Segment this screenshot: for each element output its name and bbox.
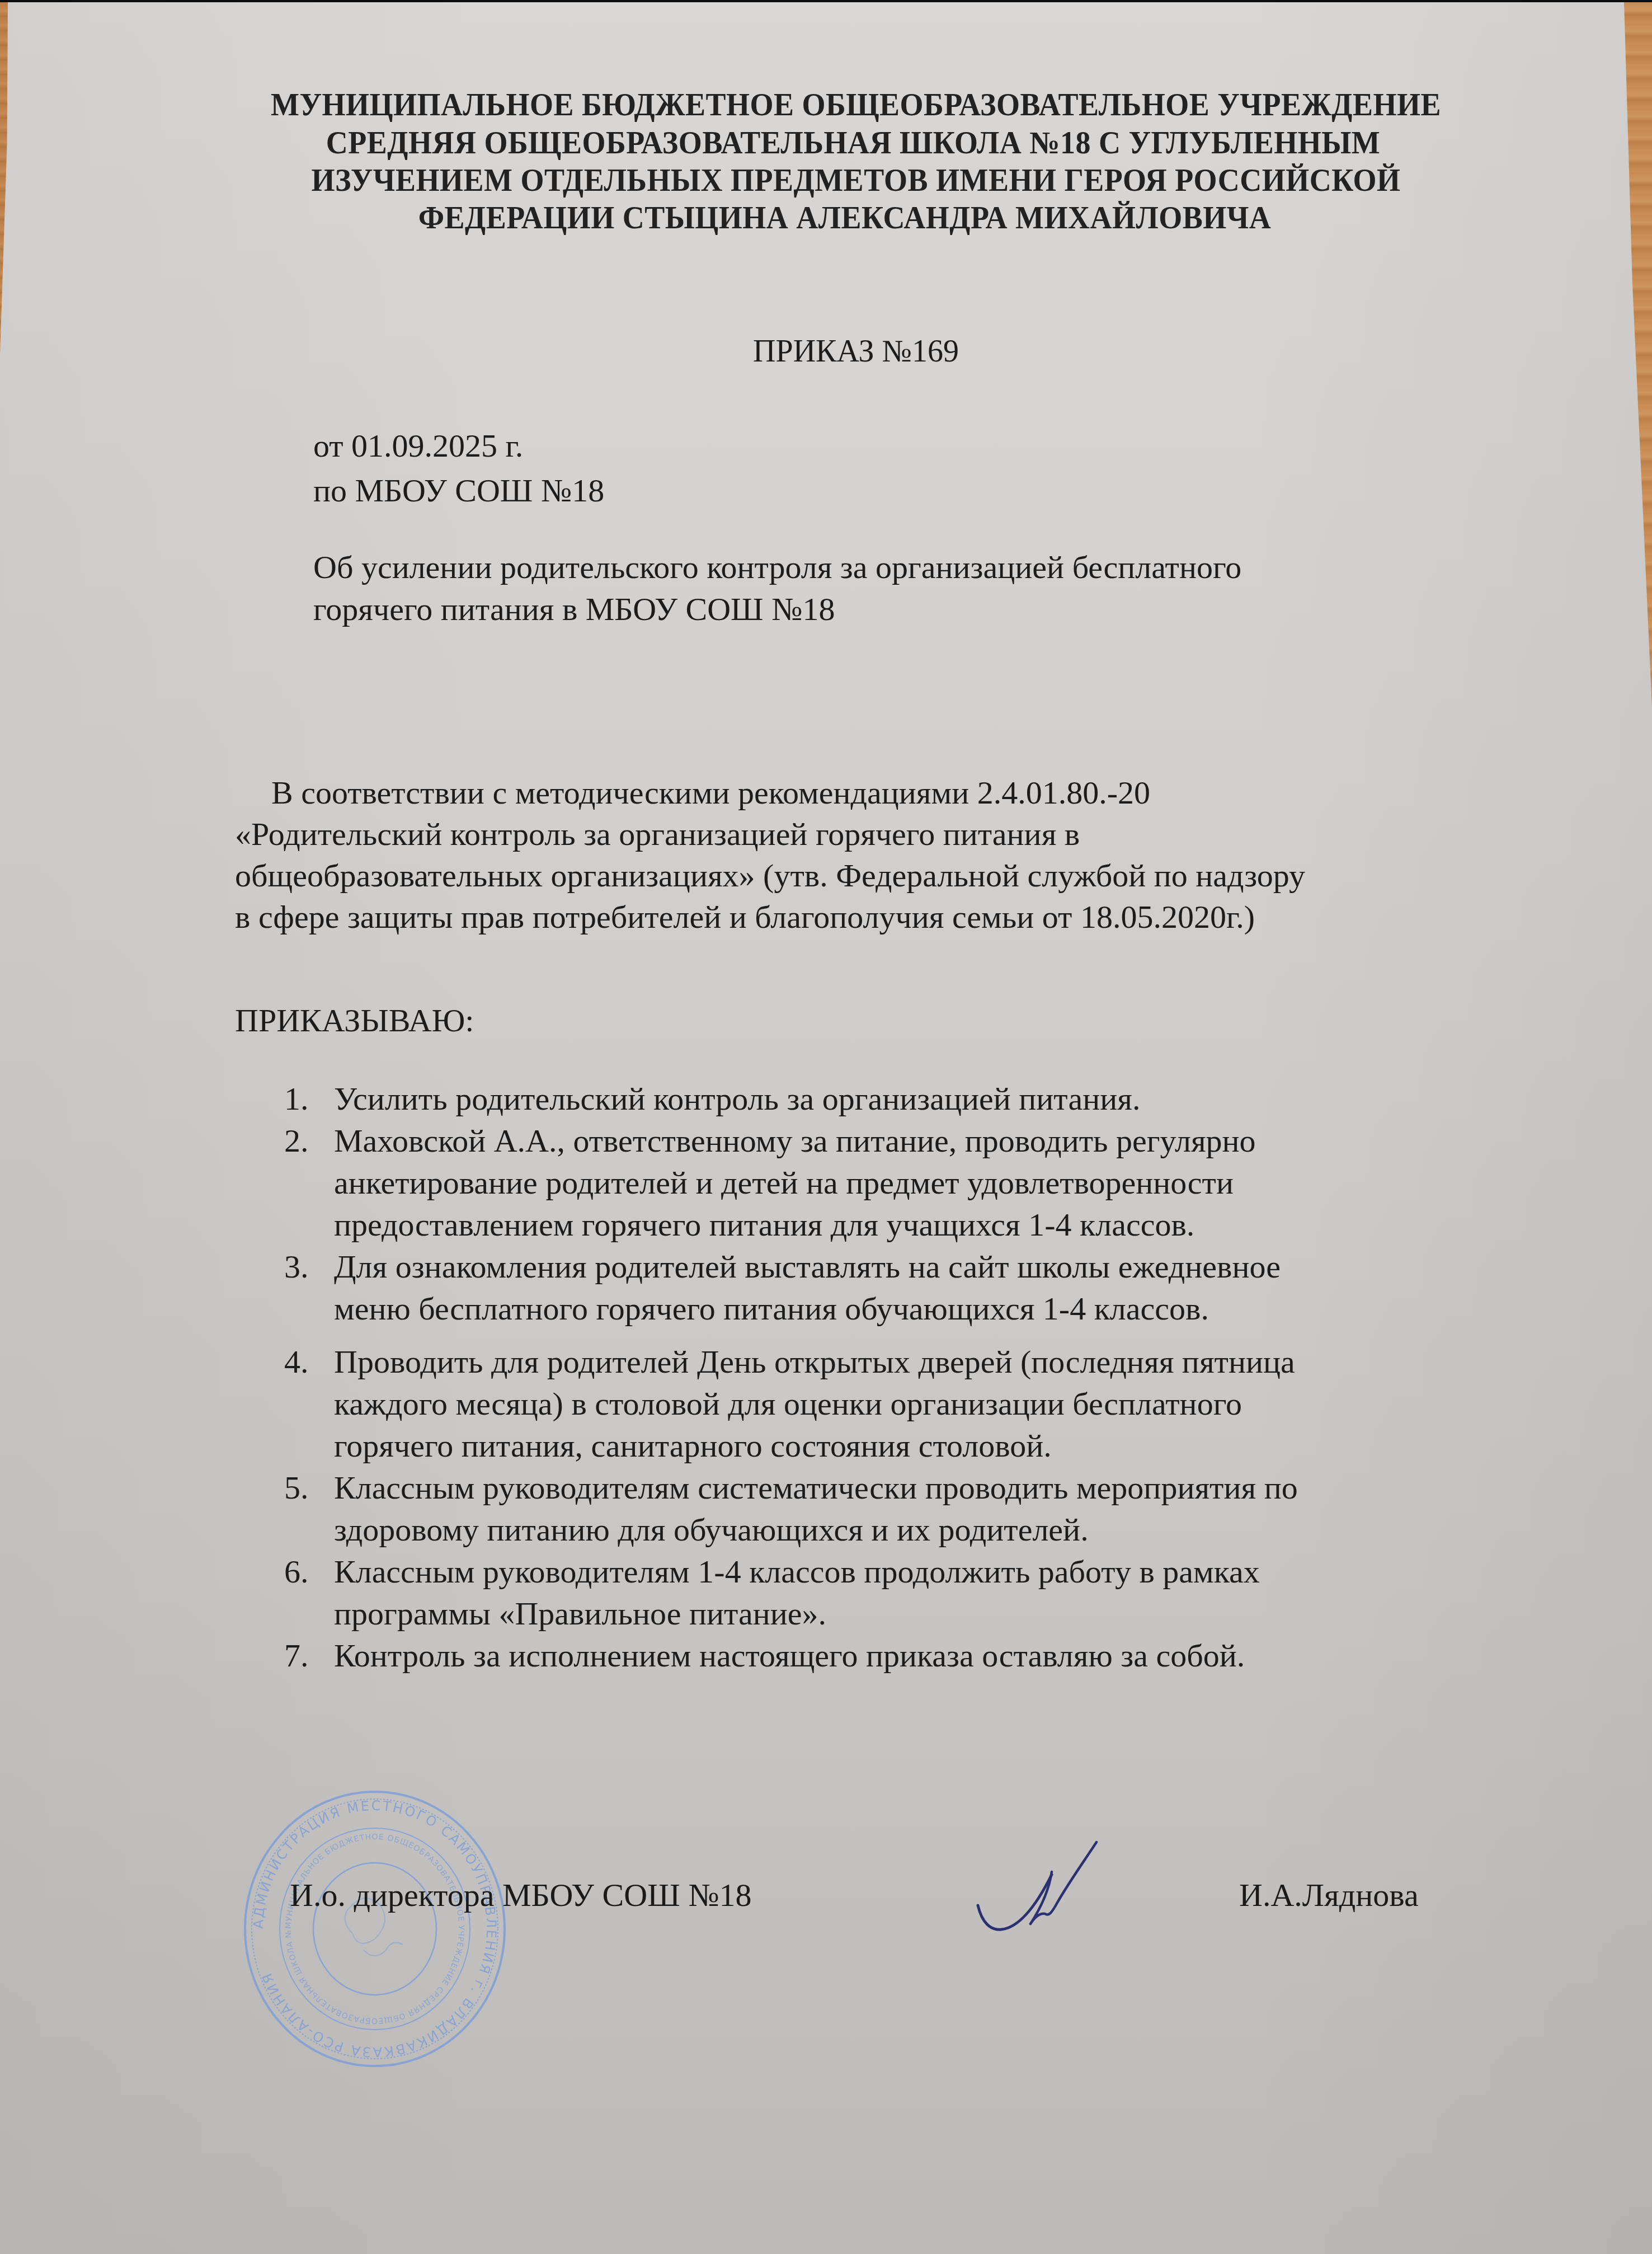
list-item-number: 1. <box>284 1083 309 1115</box>
list-item-text: Классным руководителям 1-4 классов продо… <box>334 1556 1260 1588</box>
header-line-1: МУНИЦИПАЛЬНОЕ БЮДЖЕТНОЕ ОБЩЕОБРАЗОВАТЕЛЬ… <box>271 89 1441 121</box>
signatory-name: И.А.Ляднова <box>1239 1879 1419 1912</box>
list-item-number: 4. <box>284 1346 309 1378</box>
header-line-3: ИЗУЧЕНИЕМ ОТДЕЛЬНЫХ ПРЕДМЕТОВ ИМЕНИ ГЕРО… <box>312 165 1401 196</box>
subject-line-1: Об усилении родительского контроля за ор… <box>313 551 1241 584</box>
official-seal-stamp: АДМИНИСТРАЦИЯ МЕСТНОГО САМОУПРАВЛЕНИЯ г.… <box>235 1782 515 2073</box>
list-item-text: Усилить родительский контроль за организ… <box>334 1083 1140 1115</box>
preamble-line-3: общеобразовательных организациях» (утв. … <box>235 860 1305 892</box>
list-item-number: 7. <box>284 1640 309 1672</box>
list-item-text: предоставлением горячего питания для уча… <box>334 1209 1194 1241</box>
subject-line-2: горячего питания в МБОУ СОШ №18 <box>313 593 835 626</box>
list-item-text: Контроль за исполнением настоящего прика… <box>334 1640 1245 1672</box>
list-item-number: 5. <box>284 1472 309 1504</box>
list-item-text: Классным руководителям систематически пр… <box>334 1472 1298 1504</box>
list-item-text: анкетирование родителей и детей на предм… <box>334 1167 1234 1199</box>
list-item-number: 6. <box>284 1556 309 1588</box>
list-item-number: 2. <box>284 1125 309 1157</box>
list-item-text: каждого месяца) в столовой для оценки ор… <box>334 1388 1242 1420</box>
list-item-text: меню бесплатного горячего питания обучаю… <box>334 1293 1209 1325</box>
order-organization: по МБОУ СОШ №18 <box>313 475 604 507</box>
list-item-number: 3. <box>284 1251 309 1283</box>
preamble-line-1: В соответствии с методическими рекоменда… <box>271 777 1150 809</box>
top-edge-shadow <box>0 0 1652 2</box>
order-title: ПРИКАЗ №169 <box>753 336 959 367</box>
list-item-text: программы «Правильное питание». <box>334 1598 826 1630</box>
order-directive-heading: ПРИКАЗЫВАЮ: <box>235 1004 474 1037</box>
list-item-text: Для ознакомления родителей выставлять на… <box>334 1251 1281 1283</box>
preamble-line-4: в сфере защиты прав потребителей и благо… <box>235 901 1255 933</box>
list-item-text: Маховской А.А., ответственному за питани… <box>334 1125 1256 1157</box>
header-line-2: СРЕДНЯЯ ОБЩЕОБРАЗОВАТЕЛЬНАЯ ШКОЛА №18 С … <box>326 127 1380 159</box>
list-item-text: Проводить для родителей День открытых дв… <box>334 1346 1295 1378</box>
header-line-4: ФЕДЕРАЦИИ СТЫЦИНА АЛЕКСАНДРА МИХАЙЛОВИЧА <box>418 202 1272 234</box>
handwritten-signature <box>951 1813 1119 1981</box>
signatory-position: И.о. директора МБОУ СОШ №18 <box>290 1879 752 1912</box>
preamble-line-2: «Родительский контроль за организацией г… <box>235 818 1080 851</box>
order-date: от 01.09.2025 г. <box>313 430 523 462</box>
list-item-text: здоровому питанию для обучающихся и их р… <box>334 1514 1089 1546</box>
list-item-text: горячего питания, санитарного состояния … <box>334 1430 1052 1462</box>
